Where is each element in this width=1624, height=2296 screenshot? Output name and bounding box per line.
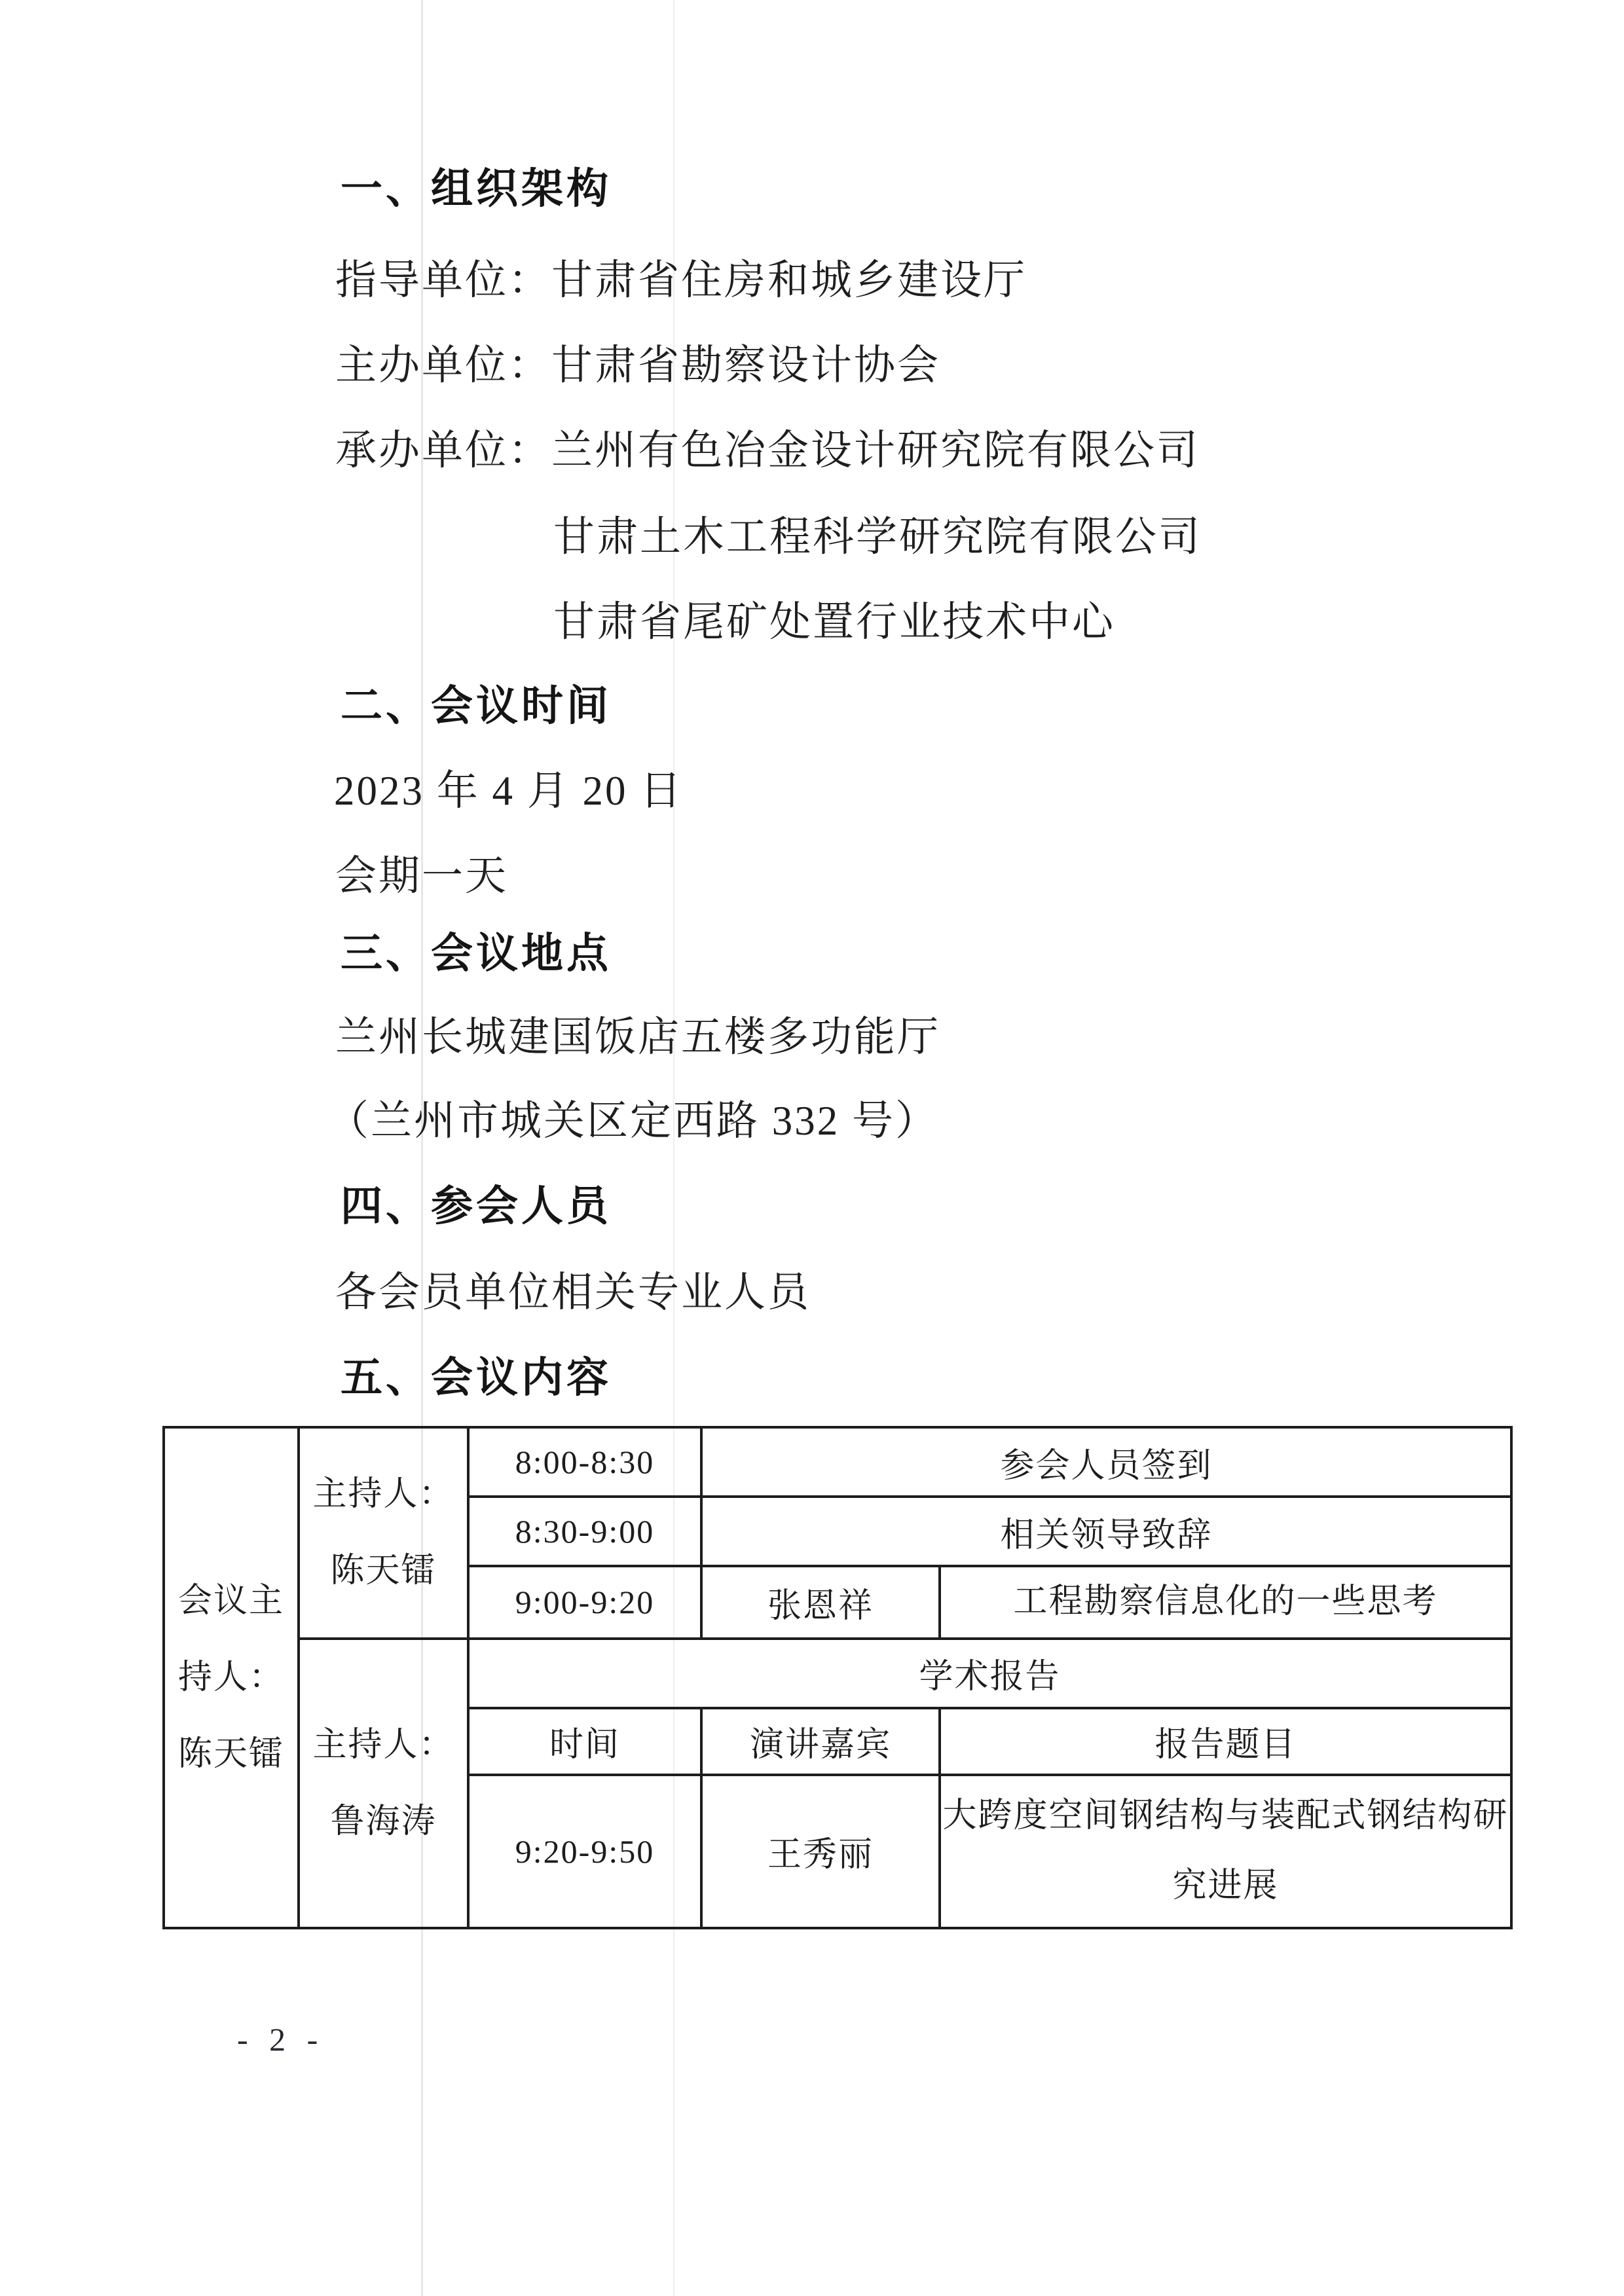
talk-title-cell: 工程勘察信息化的一些思考 [940,1566,1511,1639]
speaker-cell: 王秀丽 [701,1775,940,1928]
heading-meeting-location: 三、会议地点 [341,930,612,978]
heading-meeting-time: 二、会议时间 [341,682,612,731]
time-cell: 9:20-9:50 [468,1775,701,1928]
heading-attendees: 四、参会人员 [341,1182,612,1231]
moderator-morning-cell: 主持人： 陈天镭 [299,1427,468,1639]
col-header-title: 报告题目 [940,1708,1511,1775]
time-cell: 8:30-9:00 [468,1497,701,1566]
moderator-report-cell: 主持人： 鲁海涛 [299,1639,468,1928]
schedule-table: 会议主 持人： 陈天镭 主持人： 陈天镭 8:00-8:30 参会人员签到 8:… [162,1426,1513,1929]
organizer-unit-line-2: 甘肃土木工程科学研究院有限公司 [553,513,1202,560]
guide-unit-line: 指导单位：甘肃省住房和城乡建设厅 [335,257,1027,304]
organizer-unit-line: 承办单位：兰州有色冶金设计研究院有限公司 [335,427,1200,474]
venue-address-line: （兰州市城关区定西路 332 号） [327,1097,938,1144]
venue-line: 兰州长城建国饭店五楼多功能厅 [335,1013,940,1061]
heading-organization: 一、组织架构 [341,165,612,213]
meeting-duration-line: 会期一天 [335,852,508,900]
agenda-cell: 相关领导致辞 [701,1497,1511,1566]
page-number: - 2 - [237,2020,324,2058]
time-cell: 8:00-8:30 [468,1427,701,1497]
col-header-time: 时间 [468,1708,701,1775]
heading-meeting-content: 五、会议内容 [341,1354,612,1402]
session-header-cell: 学术报告 [468,1639,1511,1708]
attendees-line: 各会员单位相关专业人员 [335,1269,811,1316]
conference-chair-cell: 会议主 持人： 陈天镭 [164,1427,299,1928]
time-cell: 9:00-9:20 [468,1566,701,1639]
agenda-cell: 参会人员签到 [701,1427,1511,1497]
speaker-cell: 张恩祥 [701,1566,940,1639]
organizer-unit-line-3: 甘肃省尾矿处置行业技术中心 [553,598,1115,646]
document-page: 一、组织架构 指导单位：甘肃省住房和城乡建设厅 主办单位：甘肃省勘察设计协会 承… [0,0,1624,2296]
meeting-date-line: 2023 年 4 月 20 日 [334,767,683,814]
host-unit-line: 主办单位：甘肃省勘察设计协会 [335,342,940,389]
talk-title-cell: 大跨度空间钢结构与装配式钢结构研究进展 [940,1775,1511,1928]
col-header-speaker: 演讲嘉宾 [701,1708,940,1775]
